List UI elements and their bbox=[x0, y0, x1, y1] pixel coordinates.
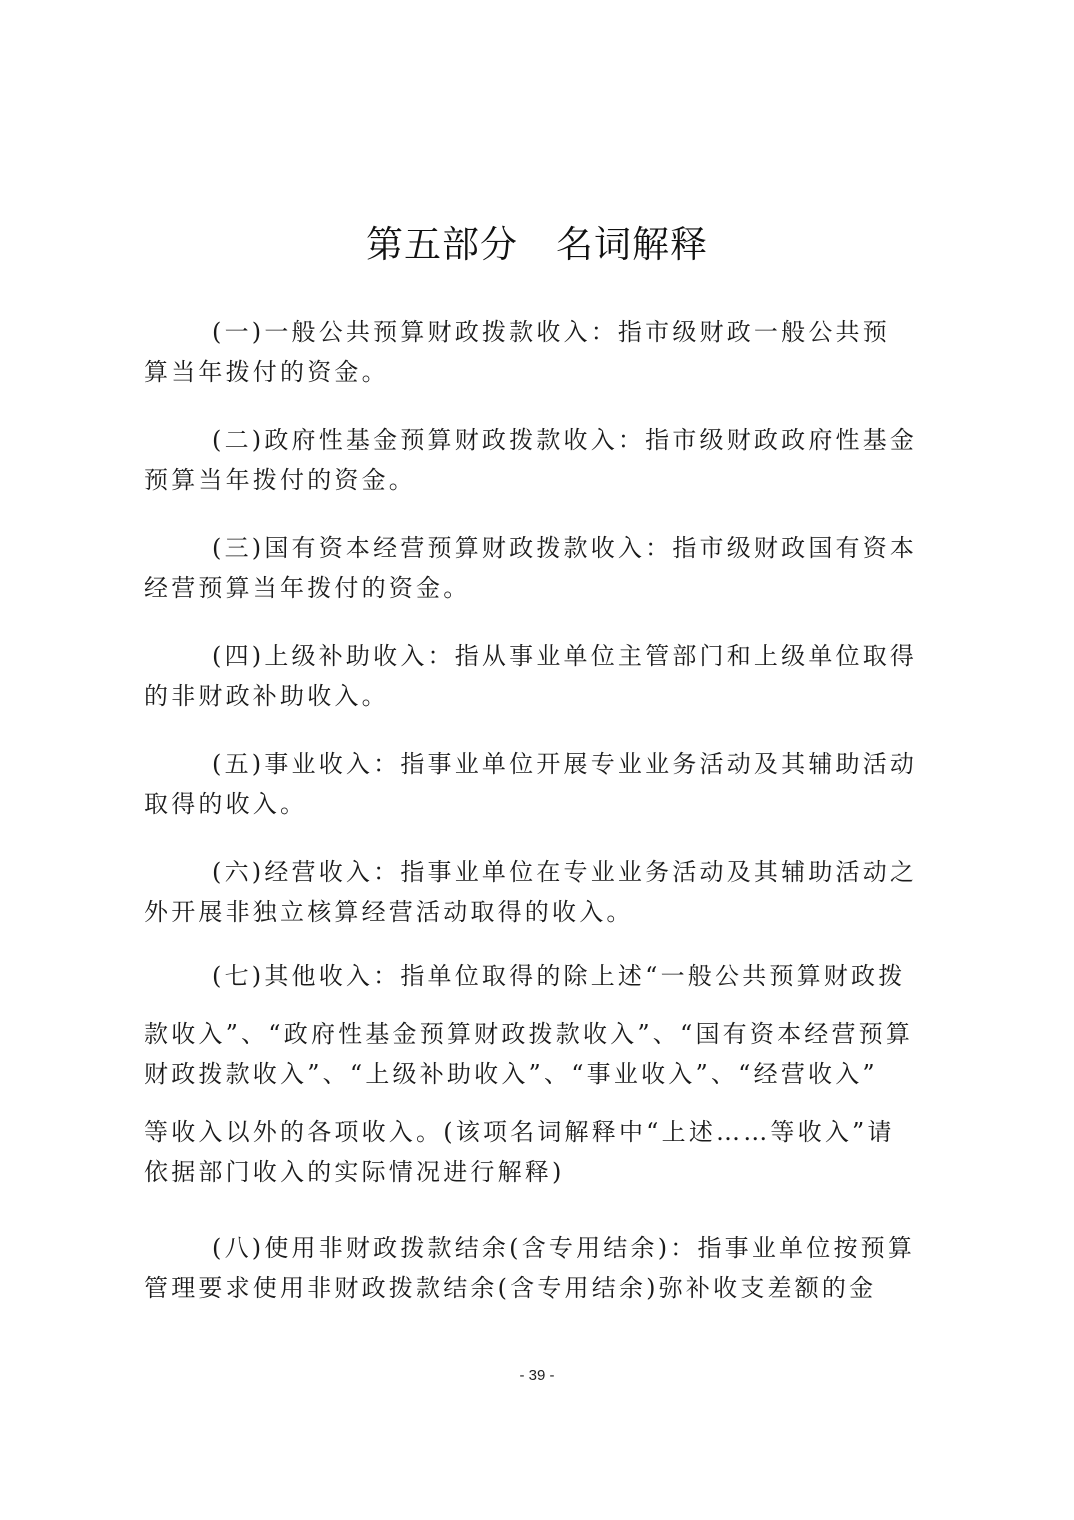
paragraph-line: 款收入”、“政府性基金预算财政拨款收入”、“国有资本经营预算 bbox=[144, 1014, 934, 1054]
paragraph-line: 预算当年拨付的资金。 bbox=[144, 460, 934, 500]
paragraph-line: (七)其他收入：指单位取得的除上述“一般公共预算财政拨 bbox=[144, 956, 934, 1014]
paragraph-line: 的非财政补助收入。 bbox=[144, 676, 934, 716]
paragraph-line: 财政拨款收入”、“上级补助收入”、“事业收入”、“经营收入” bbox=[144, 1054, 934, 1112]
paragraph-line: 依据部门收入的实际情况进行解释) bbox=[144, 1152, 934, 1192]
paragraph-line: 管理要求使用非财政拨款结余(含专用结余)弥补收支差额的金 bbox=[144, 1268, 934, 1308]
paragraph-line: 算当年拨付的资金。 bbox=[144, 352, 934, 392]
page-number: - 39 - bbox=[0, 1367, 1074, 1384]
definition-paragraph-6: (六)经营收入：指事业单位在专业业务活动及其辅助活动之 外开展非独立核算经营活动… bbox=[144, 852, 934, 932]
definition-paragraph-1: (一)一般公共预算财政拨款收入：指市级财政一般公共预 算当年拨付的资金。 bbox=[144, 312, 934, 392]
title-name: 名词解释 bbox=[556, 223, 708, 266]
paragraph-line: (四)上级补助收入：指从事业单位主管部门和上级单位取得 bbox=[144, 636, 934, 676]
paragraph-line: 等收入以外的各项收入。(该项名词解释中“上述……等收入”请 bbox=[144, 1112, 934, 1152]
definition-paragraph-7: (七)其他收入：指单位取得的除上述“一般公共预算财政拨 款收入”、“政府性基金预… bbox=[144, 956, 934, 1192]
title-part: 第五部分 bbox=[366, 223, 518, 266]
paragraph-line: (二)政府性基金预算财政拨款收入：指市级财政政府性基金 bbox=[144, 420, 934, 460]
paragraph-line: (六)经营收入：指事业单位在专业业务活动及其辅助活动之 bbox=[144, 852, 934, 892]
page-title: 第五部分名词解释 bbox=[0, 214, 1074, 268]
paragraph-line: 取得的收入。 bbox=[144, 784, 934, 824]
definition-paragraph-3: (三)国有资本经营预算财政拨款收入：指市级财政国有资本 经营预算当年拨付的资金。 bbox=[144, 528, 934, 608]
paragraph-line: (八)使用非财政拨款结余(含专用结余)：指事业单位按预算 bbox=[144, 1228, 934, 1268]
paragraph-line: (五)事业收入：指事业单位开展专业业务活动及其辅助活动 bbox=[144, 744, 934, 784]
definition-paragraph-5: (五)事业收入：指事业单位开展专业业务活动及其辅助活动 取得的收入。 bbox=[144, 744, 934, 824]
definition-paragraph-8: (八)使用非财政拨款结余(含专用结余)：指事业单位按预算 管理要求使用非财政拨款… bbox=[144, 1228, 934, 1308]
paragraph-line: (一)一般公共预算财政拨款收入：指市级财政一般公共预 bbox=[144, 312, 934, 352]
definition-paragraph-2: (二)政府性基金预算财政拨款收入：指市级财政政府性基金 预算当年拨付的资金。 bbox=[144, 420, 934, 500]
definition-paragraph-4: (四)上级补助收入：指从事业单位主管部门和上级单位取得 的非财政补助收入。 bbox=[144, 636, 934, 716]
paragraph-line: 外开展非独立核算经营活动取得的收入。 bbox=[144, 892, 934, 932]
paragraph-line: (三)国有资本经营预算财政拨款收入：指市级财政国有资本 bbox=[144, 528, 934, 568]
paragraph-line: 经营预算当年拨付的资金。 bbox=[144, 568, 934, 608]
